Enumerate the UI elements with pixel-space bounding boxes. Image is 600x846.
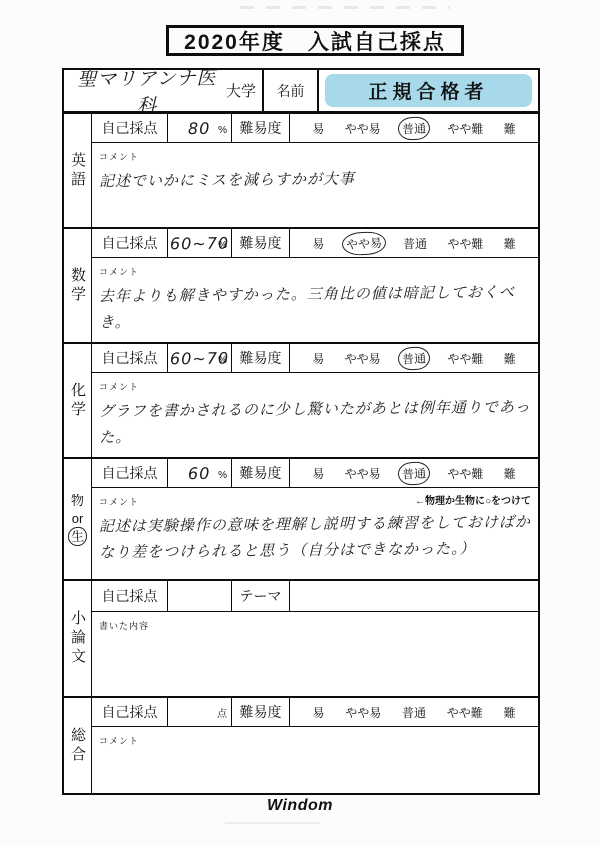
difficulty-option: 難	[501, 348, 519, 369]
university-name-handwritten: 聖マリアンナ医科	[70, 63, 225, 119]
scan-artifact-bottom	[225, 822, 320, 824]
percent-sign: %	[218, 125, 227, 136]
self-score-label: 自己採点	[92, 459, 168, 487]
row-chemistry: 化学 自己採点 60~70 % 難易度 易 やや易 普通 やや難 難	[64, 344, 538, 459]
self-score-label: 自己採点	[92, 698, 168, 726]
subject-label-overall: 総合	[64, 698, 92, 793]
difficulty-option: 難	[501, 463, 519, 484]
comment-label: コメント	[99, 152, 139, 162]
difficulty-option: やや難	[444, 118, 486, 139]
circle-physics-or-biology-note: ←物理か生物に○をつけて	[415, 492, 531, 507]
difficulty-option: やや易	[342, 463, 384, 484]
difficulty-option: やや難	[444, 348, 486, 369]
self-score-label: 自己採点	[92, 581, 168, 611]
university-cell: 聖マリアンナ医科 大学	[64, 70, 264, 111]
comment-area-chemistry: コメント グラフを書かされるのに少し驚いたがあとは例年通りであった。	[92, 373, 538, 457]
difficulty-option: やや易	[342, 118, 384, 139]
physics-char: 物	[71, 492, 84, 510]
comment-area-english: コメント 記述でいかにミスを減らすかが大事	[92, 143, 538, 227]
difficulty-option: やや難	[444, 463, 486, 484]
row-math: 数学 自己採点 60~70 % 難易度 易 やや易 普通 やや難 難	[64, 229, 538, 344]
comment-label: コメント	[99, 736, 139, 746]
row-physics-or-biology: 物 or 生 自己採点 60 % 難易度 易 やや易 普通	[64, 459, 538, 581]
comment-label: コメント	[99, 267, 139, 277]
subject-label-english: 英語	[64, 114, 92, 227]
difficulty-options-chemistry: 易 やや易 普通 やや難 難	[290, 344, 538, 372]
comment-label: コメント	[99, 382, 139, 392]
difficulty-label: 難易度	[232, 114, 290, 142]
self-score-label: 自己採点	[92, 114, 168, 142]
comment-area-overall: コメント	[92, 727, 538, 793]
written-content-label: 書いた内容	[99, 621, 149, 631]
difficulty-option: やや易	[342, 702, 384, 723]
percent-sign: %	[218, 355, 227, 366]
difficulty-options-math: 易 やや易 普通 やや難 難	[290, 229, 538, 257]
difficulty-option: 普通	[397, 116, 430, 141]
status-badge: 正規合格者	[325, 74, 532, 107]
percent-sign: %	[218, 240, 227, 251]
row-essay: 小論文 自己採点 テーマ 書いた内容	[64, 581, 538, 698]
difficulty-option: 易	[309, 463, 327, 484]
subject-label-chemistry: 化学	[64, 344, 92, 457]
self-score-value-math: 60~70 %	[168, 229, 232, 257]
difficulty-options-english: 易 やや易 普通 やや難 難	[290, 114, 538, 142]
written-content-area-essay: 書いた内容	[92, 612, 538, 696]
difficulty-option: 易	[309, 233, 327, 254]
comment-text-english: 記述でいかにミスを減らすかが大事	[99, 164, 531, 195]
difficulty-option: 普通	[397, 346, 430, 371]
self-score-value-overall: 点	[168, 698, 232, 726]
university-suffix-label: 大学	[226, 80, 256, 101]
comment-label: コメント	[99, 497, 139, 507]
difficulty-option: 易	[309, 702, 327, 723]
page-title-text: 2020年度 入試自己採点	[184, 26, 446, 56]
score-sheet-page: 2020年度 入試自己採点 聖マリアンナ医科 大学 名前 正規合格者 英語 自己…	[0, 0, 600, 846]
self-score-label: 自己採点	[92, 344, 168, 372]
difficulty-option: 難	[501, 702, 519, 723]
difficulty-option: 普通	[397, 461, 430, 486]
difficulty-options-overall: 易 やや易 普通 やや難 難	[290, 698, 538, 726]
score-row-chemistry: 自己採点 60~70 % 難易度 易 やや易 普通 やや難 難	[92, 344, 538, 373]
difficulty-label: 難易度	[232, 344, 290, 372]
header-table: 聖マリアンナ医科 大学 名前 正規合格者	[62, 68, 540, 113]
difficulty-label: 難易度	[232, 229, 290, 257]
comment-text-math: 去年よりも解きやすかった。三角比の値は暗記しておくべき。	[99, 279, 532, 336]
or-label: or	[72, 510, 84, 528]
comment-area-math: コメント 去年よりも解きやすかった。三角比の値は暗記しておくべき。	[92, 258, 538, 342]
theme-label: テーマ	[232, 581, 290, 611]
difficulty-option: 普通	[399, 702, 429, 723]
name-label-cell: 名前	[264, 70, 319, 111]
self-score-label: 自己採点	[92, 229, 168, 257]
points-sign: 点	[217, 705, 227, 720]
difficulty-label: 難易度	[232, 459, 290, 487]
scan-artifact-top	[240, 6, 450, 9]
difficulty-option: 易	[309, 348, 327, 369]
score-row-essay: 自己採点 テーマ	[92, 581, 538, 612]
comment-text-overall	[99, 748, 531, 753]
comment-area-physics-or-biology: コメント ←物理か生物に○をつけて 記述は実験操作の意味を理解し説明する練習をし…	[92, 488, 538, 579]
score-row-english: 自己採点 80 % 難易度 易 やや易 普通 やや難 難	[92, 114, 538, 143]
subjects-table: 英語 自己採点 80 % 難易度 易 やや易 普通 やや難 難	[62, 112, 540, 795]
difficulty-option: 易	[309, 118, 327, 139]
difficulty-label: 難易度	[232, 698, 290, 726]
self-score-value-english: 80 %	[168, 114, 232, 142]
page-title: 2020年度 入試自己採点	[166, 25, 464, 56]
difficulty-option: 難	[501, 118, 519, 139]
name-label: 名前	[277, 81, 305, 101]
difficulty-option: 難	[501, 233, 519, 254]
row-overall: 総合 自己採点 点 難易度 易 やや易 普通 やや難 難	[64, 698, 538, 793]
self-score-value-physics-or-biology: 60 %	[168, 459, 232, 487]
comment-text-physics-or-biology: 記述は実験操作の意味を理解し説明する練習をしておけばかなり差をつけられると思う（…	[99, 509, 532, 566]
difficulty-option: やや難	[444, 702, 486, 723]
self-score-value-chemistry: 60~70 %	[168, 344, 232, 372]
row-english: 英語 自己採点 80 % 難易度 易 やや易 普通 やや難 難	[64, 114, 538, 229]
score-row-math: 自己採点 60~70 % 難易度 易 やや易 普通 やや難 難	[92, 229, 538, 258]
windom-logo: Windom	[0, 797, 600, 815]
written-content-text-essay	[99, 633, 531, 638]
theme-value-essay	[290, 581, 538, 611]
score-row-physics-or-biology: 自己採点 60 % 難易度 易 やや易 普通 やや難 難	[92, 459, 538, 488]
subject-label-math: 数学	[64, 229, 92, 342]
difficulty-options-physics-or-biology: 易 やや易 普通 やや難 難	[290, 459, 538, 487]
score-row-overall: 自己採点 点 難易度 易 やや易 普通 やや難 難	[92, 698, 538, 727]
difficulty-option: やや易	[341, 230, 386, 255]
subject-label-physics-or-biology: 物 or 生	[64, 459, 92, 579]
self-score-value-essay	[168, 581, 232, 611]
difficulty-option: やや難	[444, 233, 486, 254]
percent-sign: %	[218, 470, 227, 481]
status-cell: 正規合格者	[319, 70, 538, 111]
difficulty-option: 普通	[400, 233, 430, 254]
comment-text-chemistry: グラフを書かされるのに少し驚いたがあとは例年通りであった。	[99, 394, 532, 451]
difficulty-option: やや易	[342, 348, 384, 369]
biology-char-circled: 生	[67, 526, 87, 546]
subject-label-essay: 小論文	[64, 581, 92, 696]
